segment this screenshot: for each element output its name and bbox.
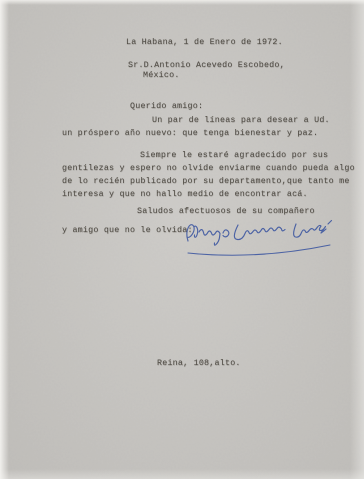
letter-body-line: un próspero año nuevo: que tenga bienest… (62, 129, 318, 139)
letter-scan-page: La Habana, 1 de Enero de 1972. Sr.D.Anto… (0, 0, 364, 479)
signature-ink-strokes (182, 217, 337, 261)
letter-body-line: gentilezas y espero no olvide enviarme c… (62, 164, 355, 174)
letter-salutation: Querido amigo: (130, 102, 203, 112)
letter-body-line: Un par de líneas para desear a Ud. (152, 116, 330, 126)
letter-body-line: Siempre le estaré agradecido por sus (140, 151, 328, 161)
letter-return-address: Reina, 108,alto. (157, 359, 241, 369)
letter-closing-line: y amigo que no le olvida: (62, 226, 193, 236)
letter-closing-line: Saludos afectuosos de su compañero (137, 207, 315, 217)
letter-recipient-name: Sr.D.Antonio Acevedo Escobedo, (128, 61, 285, 71)
letter-body-line: de lo recién publicado por su departamen… (62, 177, 350, 187)
letter-dateline: La Habana, 1 de Enero de 1972. (126, 38, 283, 48)
handwritten-signature: Enrique Labrador Ruiz (182, 217, 337, 261)
letter-body-line: interesa y que no hallo medio de encontr… (62, 190, 308, 200)
letter-recipient-place: México. (143, 71, 180, 81)
